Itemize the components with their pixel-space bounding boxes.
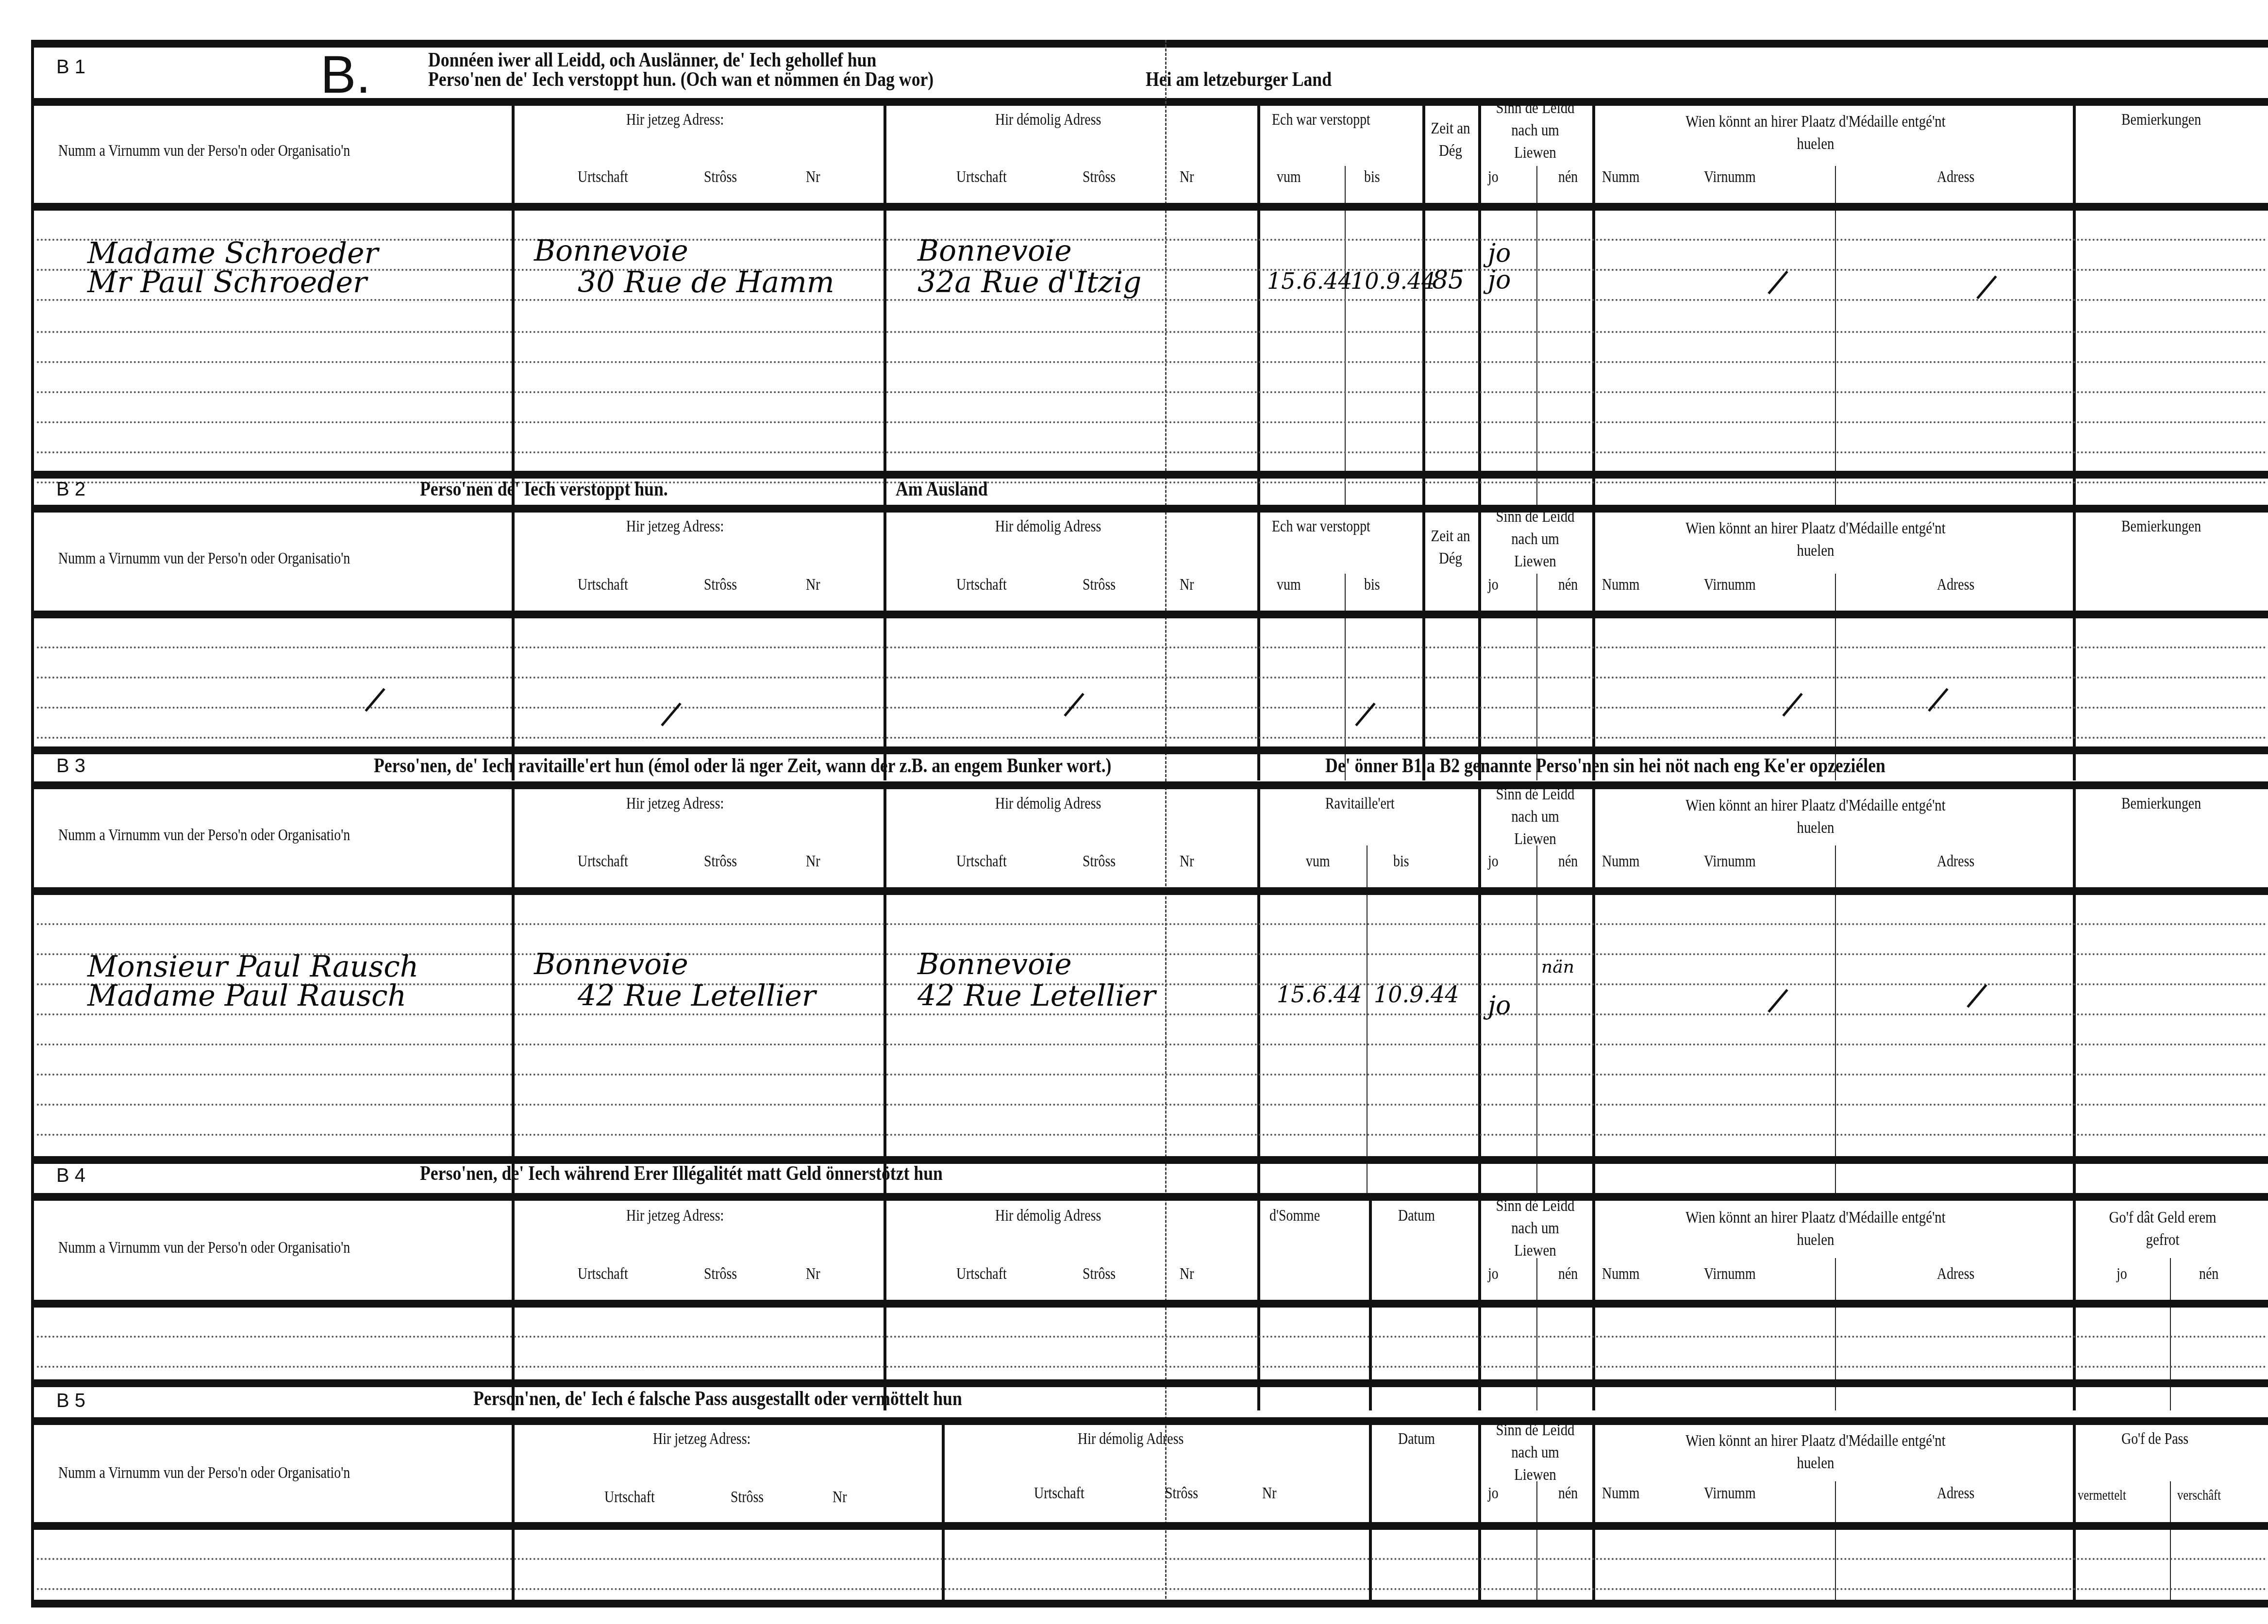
header-period: Ravitaille'ert xyxy=(1325,795,1395,813)
header-numm: Numm xyxy=(1602,1265,1639,1283)
section-title-b5: Person'nen, de' Iech é falsche Pass ausg… xyxy=(473,1387,962,1410)
entry-current-street: 30 Rue de Hamm xyxy=(578,265,834,299)
section-id-b1: B 1 xyxy=(56,56,85,78)
header-pass: Go'f de Pass xyxy=(2121,1430,2188,1448)
header-current-address: Hir jetzeg Adress: xyxy=(626,1207,724,1225)
entry-former-place: Bonnevoie xyxy=(917,947,1072,981)
dash-mark xyxy=(1355,702,1375,726)
header-numm: Numm xyxy=(1602,168,1639,186)
header-urtschaft: Urtschaft xyxy=(604,1488,655,1507)
header-medal: Wien könnt an hirer Plaatz d'Médaille en… xyxy=(1671,1207,1960,1251)
header-sum: d'Somme xyxy=(1269,1207,1320,1225)
entry-current-place: Bonnevoie xyxy=(534,234,688,268)
header-medal: Wien könnt an hirer Plaatz d'Médaille en… xyxy=(1671,111,1960,155)
header-stross: Strôss xyxy=(704,168,737,186)
header-jo: jo xyxy=(1488,1265,1499,1283)
header-remarks: Bemierkungen xyxy=(2121,111,2201,129)
header-former-address: Hir démolig Adress xyxy=(995,111,1101,129)
entry-alive-yes: jo xyxy=(1488,239,1511,268)
header-nen: nén xyxy=(1558,1484,1578,1503)
header-jo: jo xyxy=(2117,1265,2127,1283)
header-virnumm: Virnumm xyxy=(1704,168,1756,186)
header-virnumm: Virnumm xyxy=(1704,852,1756,871)
header-stross: Strôss xyxy=(1083,852,1116,871)
header-urtschaft: Urtschaft xyxy=(578,576,628,594)
dash-mark xyxy=(1967,984,1987,1008)
entry-name: Madame Paul Rausch xyxy=(87,979,406,1013)
header-jo: jo xyxy=(1488,168,1499,186)
header-remarks: Bemierkungen xyxy=(2121,795,2201,813)
header-stross: Strôss xyxy=(731,1488,764,1507)
header-days: Zeit an Dég xyxy=(1430,117,1471,162)
entry-former-place: Bonnevoie xyxy=(917,234,1072,268)
header-stross: Strôss xyxy=(1165,1484,1198,1503)
header-nen: nén xyxy=(1558,576,1578,594)
header-bis: bis xyxy=(1364,168,1380,186)
section-letter: B. xyxy=(320,44,371,105)
header-alive: Sinn dé Leidd nach um Liewen xyxy=(1489,97,1582,164)
header-vum: vum xyxy=(1277,168,1301,186)
entry-current-place: Bonnevoie xyxy=(534,947,688,981)
header-medal: Wien könnt an hirer Plaatz d'Médaille en… xyxy=(1671,795,1960,839)
entry-alive-yes: jo xyxy=(1488,265,1511,295)
header-virnumm: Virnumm xyxy=(1704,576,1756,594)
entry-former-street: 32a Rue d'Itzig xyxy=(917,265,1142,299)
header-alive: Sinn dé Leidd nach um Liewen xyxy=(1489,783,1582,850)
header-stross: Strôss xyxy=(1083,168,1116,186)
header-nr: Nr xyxy=(833,1488,847,1507)
section-id-b4: B 4 xyxy=(56,1165,85,1187)
header-alive: Sinn dé Leidd nach um Liewen xyxy=(1489,506,1582,573)
header-current-address: Hir jetzeg Adress: xyxy=(626,517,724,536)
section-id-b2: B 2 xyxy=(56,479,85,500)
dash-mark xyxy=(1782,693,1802,716)
header-bis: bis xyxy=(1393,852,1409,871)
header-name: Numm a Virnumm vun der Perso'n oder Orga… xyxy=(58,1239,350,1257)
header-urtschaft: Urtschaft xyxy=(956,1265,1007,1283)
header-medal: Wien könnt an hirer Plaatz d'Médaille en… xyxy=(1671,1430,1960,1475)
dash-mark xyxy=(1768,989,1788,1012)
section-title-b4: Perso'nen, de' Iech während Erer Illégal… xyxy=(420,1162,943,1185)
section-title-b2: Perso'nen de' Iech verstoppt hun. xyxy=(420,478,668,501)
dash-mark xyxy=(661,702,681,726)
section-title-b1-suffix: Hei am letzeburger Land xyxy=(1146,68,1332,91)
header-numm: Numm xyxy=(1602,852,1639,871)
header-nen: nén xyxy=(1558,852,1578,871)
header-name: Numm a Virnumm vun der Perso'n oder Orga… xyxy=(58,826,350,845)
header-nr: Nr xyxy=(806,852,820,871)
header-verschaft: verschâft xyxy=(2177,1486,2221,1505)
header-adress: Adress xyxy=(1937,852,1974,871)
entry-from: 15.6.44 xyxy=(1277,981,1362,1008)
dash-mark xyxy=(1976,275,1997,299)
header-period: Ech war verstoppt xyxy=(1272,517,1370,536)
header-stross: Strôss xyxy=(1083,576,1116,594)
header-name: Numm a Virnumm vun der Perso'n oder Orga… xyxy=(58,1464,350,1482)
header-urtschaft: Urtschaft xyxy=(956,168,1007,186)
header-nen: nén xyxy=(1558,168,1578,186)
header-nr: Nr xyxy=(806,168,820,186)
header-virnumm: Virnumm xyxy=(1704,1484,1756,1503)
header-adress: Adress xyxy=(1937,168,1974,186)
entry-current-street: 42 Rue Letellier xyxy=(578,979,816,1013)
section-title-b3-suffix: De' önner B1 a B2 genannte Perso'nen sin… xyxy=(1325,754,1885,778)
dash-mark xyxy=(1768,270,1788,294)
header-days: Zeit an Dég xyxy=(1430,525,1471,570)
header-numm: Numm xyxy=(1602,576,1639,594)
section-id-b5: B 5 xyxy=(56,1390,85,1412)
header-virnumm: Virnumm xyxy=(1704,1265,1756,1283)
header-stross: Strôss xyxy=(1083,1265,1116,1283)
header-urtschaft: Urtschaft xyxy=(578,168,628,186)
header-name: Numm a Virnumm vun der Perso'n oder Orga… xyxy=(58,549,350,568)
section-title-b3: Perso'nen, de' Iech ravitaille'ert hun (… xyxy=(374,754,1111,778)
header-alive: Sinn dé Leidd nach um Liewen xyxy=(1489,1195,1582,1262)
header-jo: jo xyxy=(1488,1484,1499,1503)
header-vum: vum xyxy=(1306,852,1330,871)
header-bis: bis xyxy=(1364,576,1380,594)
header-stross: Strôss xyxy=(704,852,737,871)
header-remarks: Bemierkungen xyxy=(2121,517,2201,536)
header-nen: nén xyxy=(2199,1265,2218,1283)
header-nr: Nr xyxy=(806,576,820,594)
header-numm: Numm xyxy=(1602,1484,1639,1503)
header-nr: Nr xyxy=(806,1265,820,1283)
entry-alive-no: nän xyxy=(1541,957,1574,977)
section-title-b2-suffix: Am Ausland xyxy=(896,478,987,501)
header-jo: jo xyxy=(1488,852,1499,871)
header-period: Ech war verstoppt xyxy=(1272,111,1370,129)
header-nr: Nr xyxy=(1180,576,1194,594)
header-former-address: Hir démolig Adress xyxy=(1078,1430,1184,1448)
header-urtschaft: Urtschaft xyxy=(578,852,628,871)
header-stross: Strôss xyxy=(704,1265,737,1283)
header-nr: Nr xyxy=(1262,1484,1276,1503)
header-asked-back: Go'f dât Geld erem gefrot xyxy=(2095,1207,2231,1251)
header-former-address: Hir démolig Adress xyxy=(995,1207,1101,1225)
header-former-address: Hir démolig Adress xyxy=(995,517,1101,536)
header-nr: Nr xyxy=(1180,1265,1194,1283)
header-urtschaft: Urtschaft xyxy=(578,1265,628,1283)
entry-name: Mr Paul Schroeder xyxy=(87,265,367,299)
header-date: Datum xyxy=(1398,1430,1435,1448)
entry-from: 15.6.44 xyxy=(1267,268,1352,294)
header-current-address: Hir jetzeg Adress: xyxy=(626,795,724,813)
entry-to: 10.9.44 xyxy=(1351,268,1436,294)
header-vum: vum xyxy=(1277,576,1301,594)
section-title-b1-line2: Perso'nen de' Iech verstoppt hun. (Och w… xyxy=(428,68,934,91)
header-date: Datum xyxy=(1398,1207,1435,1225)
entry-alive-yes: jo xyxy=(1488,991,1511,1020)
header-alive: Sinn dé Leidd nach um Liewen xyxy=(1489,1419,1582,1486)
header-urtschaft: Urtschaft xyxy=(956,852,1007,871)
header-jo: jo xyxy=(1488,576,1499,594)
header-adress: Adress xyxy=(1937,1265,1974,1283)
header-urtschaft: Urtschaft xyxy=(1034,1484,1084,1503)
entry-former-street: 42 Rue Letellier xyxy=(917,979,1156,1013)
header-stross: Strôss xyxy=(704,576,737,594)
header-adress: Adress xyxy=(1937,576,1974,594)
header-adress: Adress xyxy=(1937,1484,1974,1503)
entry-days: 85 xyxy=(1432,265,1464,295)
header-former-address: Hir démolig Adress xyxy=(995,795,1101,813)
header-medal: Wien könnt an hirer Plaatz d'Médaille en… xyxy=(1671,517,1960,562)
header-current-address: Hir jetzeg Adress: xyxy=(653,1430,750,1448)
section-id-b3: B 3 xyxy=(56,755,85,777)
entry-to: 10.9.44 xyxy=(1374,981,1459,1008)
header-name: Numm a Virnumm vun der Perso'n oder Orga… xyxy=(58,142,350,160)
header-vermettelt: vermettelt xyxy=(2078,1486,2126,1505)
header-current-address: Hir jetzeg Adress: xyxy=(626,111,724,129)
form-page: B 1 B. Donnéen iwer all Leidd, och Auslä… xyxy=(31,40,2268,1607)
header-nen: nén xyxy=(1558,1265,1578,1283)
header-nr: Nr xyxy=(1180,852,1194,871)
header-nr: Nr xyxy=(1180,168,1194,186)
header-urtschaft: Urtschaft xyxy=(956,576,1007,594)
dash-mark xyxy=(1064,693,1084,716)
